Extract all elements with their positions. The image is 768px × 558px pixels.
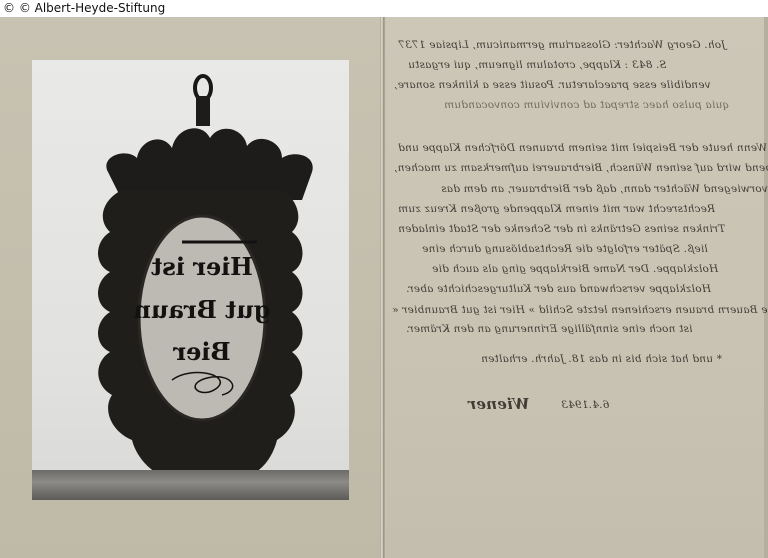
handwritten-line: Die Bauern brauen erschienen letzte Schi… [392, 304, 768, 316]
right-note-card: Joh. Georg Wachter: Glossarium germanicu… [386, 17, 768, 558]
handwritten-signature: Wiener [468, 395, 529, 413]
handwritten-line: Holzklappe. Der Name Bierklappe ging als… [432, 263, 718, 275]
handwritten-line: Joh. Georg Wachter: Glossarium germanicu… [398, 39, 726, 51]
handwritten-line: quia pulso haec strepat ad convivium con… [444, 99, 729, 111]
svg-text:Bier: Bier [173, 337, 231, 366]
copyright-caption: © © Albert-Heyde-Stiftung [0, 0, 768, 17]
handwritten-line: Trinken seines Getränks in der Schenke d… [398, 223, 725, 235]
handwritten-line: Rechtsrecht war mit einem Klappende groß… [398, 203, 715, 215]
handwritten-line: S. 843 : Klappe, crotalum ligneum, qui e… [408, 59, 666, 71]
document-scan: Hier ist gut Braun Bier Joh. Georg Wacht… [0, 17, 768, 558]
handwritten-line: ist noch eine sinnfällige Erinnerung an … [406, 323, 693, 335]
svg-text:Hier ist: Hier ist [151, 252, 253, 281]
card-edge [764, 17, 768, 558]
handwritten-line: ließ. Später erfolgte die Rechtsablösung… [422, 243, 708, 255]
table-surface [32, 470, 349, 500]
handwritten-line: Holzklappe verschwand aus der Kulturgesc… [406, 283, 711, 295]
svg-text:gut Braun: gut Braun [133, 295, 270, 324]
handwritten-date: 6.4.1943 [561, 399, 609, 411]
handwritten-line: Wenn heute der Beispiel mit seinem braun… [398, 142, 767, 154]
handwritten-line: vendibile esse praeclaretur. Posuit esse… [394, 79, 711, 91]
handwritten-footnote: * und hat sich bis in das 18. Jahrh. erh… [481, 353, 722, 365]
wooden-sign-image: Hier ist gut Braun Bier [32, 60, 349, 500]
handwritten-line: am Abend wird auf seinen Wünsch, Bierbra… [394, 162, 768, 174]
handwritten-line: vorwiegend Wächter dann, daß der Bierbra… [441, 183, 768, 195]
sign-photograph: Hier ist gut Braun Bier [32, 60, 349, 500]
left-mount-card: Hier ist gut Braun Bier [0, 17, 380, 558]
